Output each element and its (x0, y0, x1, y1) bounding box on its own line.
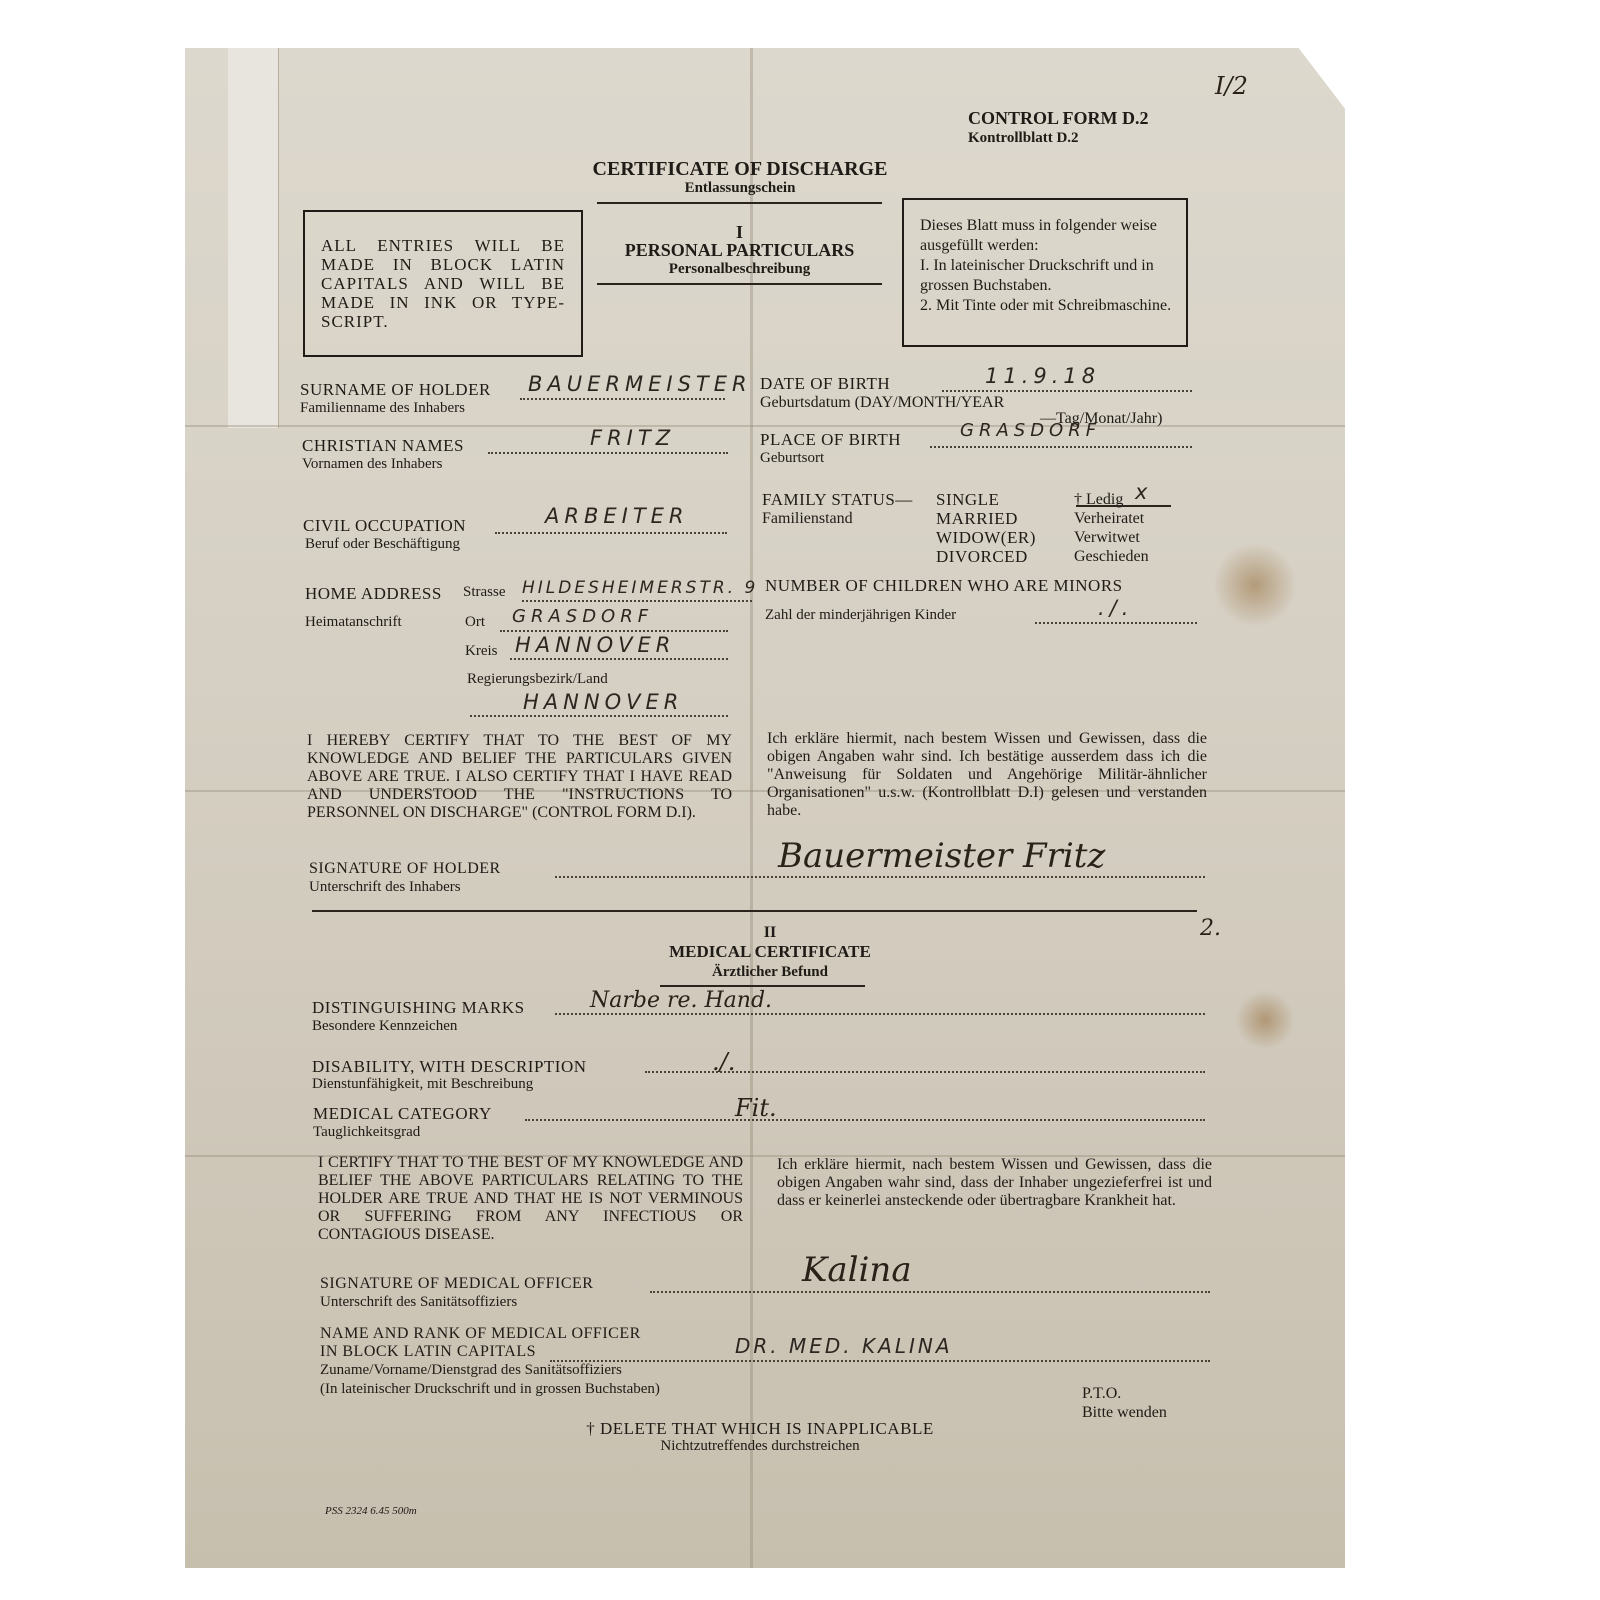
home-address-label: HOME ADDRESS (305, 584, 442, 604)
place-of-birth-label-de: Geburtsort (760, 450, 824, 467)
option-single[interactable]: SINGLE (936, 490, 1036, 509)
surname-label-de: Familienname des Inhabers (300, 400, 465, 417)
land-value[interactable]: HANNOVER (523, 690, 683, 714)
children-value[interactable]: ./. (1098, 596, 1133, 620)
section-2-title-de: Ärztlicher Befund (620, 964, 920, 981)
option-divorced[interactable]: DIVORCED (936, 547, 1036, 566)
land-line (470, 715, 728, 717)
certificate-title: CERTIFICATE OF DISCHARGE (580, 158, 900, 181)
medical-signature-label-de: Unterschrift des Sanitätsoffiziers (320, 1294, 517, 1311)
home-address-label-de: Heimatanschrift (305, 614, 402, 631)
christian-names-value[interactable]: FRITZ (590, 426, 675, 450)
paper-fold-flap (228, 48, 279, 428)
control-form-de: Kontrollblatt D.2 (968, 130, 1079, 147)
holder-signature-line (555, 876, 1205, 878)
surname-label: SURNAME OF HOLDER (300, 380, 491, 400)
strasse-line (522, 600, 752, 602)
christian-names-line (488, 452, 728, 454)
option-widower[interactable]: WIDOW(ER) (936, 528, 1036, 547)
date-of-birth-value[interactable]: 11.9.18 (985, 364, 1100, 388)
medical-category-value[interactable]: Fit. (735, 1094, 777, 1122)
control-form-en: CONTROL FORM D.2 (968, 108, 1149, 129)
christian-names-label: CHRISTIAN NAMES (302, 436, 464, 456)
distinguishing-marks-label-de: Besondere Kennzeichen (312, 1018, 457, 1035)
date-of-birth-label: DATE OF BIRTH (760, 374, 890, 394)
date-of-birth-line (942, 390, 1192, 392)
holder-signature: Bauermeister Fritz (778, 836, 1105, 876)
certificate-title-de: Entlassungschein (580, 180, 900, 197)
medical-name-label-de-2: (In lateinischer Druckschrift und in gro… (320, 1381, 660, 1398)
medical-name-label-de-1: Zuname/Vorname/Dienstgrad des Sanitätsof… (320, 1362, 622, 1379)
ort-label: Ort (465, 614, 485, 631)
strike-line (1076, 505, 1171, 507)
civil-occupation-label-de: Beruf oder Beschäftigung (305, 536, 460, 553)
medical-category-label: MEDICAL CATEGORY (313, 1104, 492, 1124)
distinguishing-marks-line (555, 1013, 1205, 1015)
medical-category-label-de: Tauglichkeitsgrad (313, 1124, 420, 1141)
children-label: NUMBER OF CHILDREN WHO ARE MINORS (765, 576, 1123, 596)
children-label-de: Zahl der minderjährigen Kinder (765, 607, 956, 624)
section-2-margin-note: 2. (1200, 916, 1221, 941)
print-code: PSS 2324 6.45 500m (325, 1505, 417, 1517)
family-status-label: FAMILY STATUS— (762, 490, 913, 510)
distinguishing-marks-value[interactable]: Narbe re. Hand. (590, 988, 772, 1013)
holder-signature-label: SIGNATURE OF HOLDER (309, 860, 501, 878)
ort-line (500, 630, 728, 632)
fold-crease (185, 425, 1345, 427)
stain (1235, 990, 1295, 1050)
surname-value[interactable]: BAUERMEISTER (528, 372, 752, 396)
disability-value[interactable]: ./. (712, 1048, 735, 1076)
medical-signature: Kalina (802, 1250, 912, 1290)
medical-category-line (525, 1119, 1205, 1121)
place-of-birth-label: PLACE OF BIRTH (760, 430, 901, 450)
medical-signature-label: SIGNATURE OF MEDICAL OFFICER (320, 1275, 593, 1293)
certify-holder-de: Ich erkläre hiermit, nach bestem Wissen … (767, 730, 1207, 820)
option-verwitwet[interactable]: Verwitwet (1074, 528, 1149, 547)
date-of-birth-label-de: Geburtsdatum (DAY/MONTH/YEAR (760, 394, 1004, 412)
section-1-title-de: Personalbeschreibung (597, 261, 882, 278)
family-status-options: SINGLE MARRIED WIDOW(ER) DIVORCED (936, 490, 1036, 566)
footer-note: † DELETE THAT WHICH IS INAPPLICABLE (560, 1419, 960, 1439)
strasse-label: Strasse (463, 584, 506, 601)
option-geschieden[interactable]: Geschieden (1074, 547, 1149, 566)
certify-holder-en: I HEREBY CERTIFY THAT TO THE BEST OF MY … (307, 732, 732, 822)
section-2-title: MEDICAL CERTIFICATE (620, 942, 920, 962)
kreis-value[interactable]: HANNOVER (515, 633, 675, 657)
instructions-intro-de: Dieses Blatt muss in folgender weise aus… (904, 200, 1186, 256)
civil-occupation-line (495, 532, 727, 534)
land-label: Regierungsbezirk/Land (467, 671, 608, 688)
certify-medical-en: I CERTIFY THAT TO THE BEST OF MY KNOWLED… (318, 1154, 743, 1244)
kreis-label: Kreis (465, 643, 498, 660)
holder-signature-label-de: Unterschrift des Inhabers (309, 879, 461, 896)
pto-label: P.T.O. (1082, 1385, 1121, 1403)
instructions-item-1: I. In lateinischer Druckschrift und in g… (904, 256, 1186, 296)
family-status-mark: x (1135, 480, 1152, 504)
children-line (1035, 622, 1197, 624)
medical-name-value[interactable]: DR. MED. KALINA (735, 1334, 953, 1358)
section-divider (312, 910, 1197, 912)
corner-annotation: I/2 (1215, 72, 1248, 100)
place-of-birth-value[interactable]: GRASDORF (960, 420, 1101, 441)
civil-occupation-value[interactable]: ARBEITER (545, 504, 689, 528)
medical-signature-line (650, 1291, 1210, 1293)
civil-occupation-label: CIVIL OCCUPATION (303, 516, 466, 536)
kreis-line (510, 658, 728, 660)
instructions-box-de: Dieses Blatt muss in folgender weise aus… (902, 198, 1188, 347)
option-married[interactable]: MARRIED (936, 509, 1036, 528)
disability-label: DISABILITY, WITH DESCRIPTION (312, 1057, 587, 1077)
option-verheiratet[interactable]: Verheiratet (1074, 509, 1149, 528)
section-2-rule (660, 985, 865, 987)
family-status-label-de: Familienstand (762, 510, 853, 528)
instructions-box-en: ALL ENTRIES WILL BE MADE IN BLOCK LATIN … (303, 210, 583, 357)
christian-names-label-de: Vornamen des Inhabers (302, 456, 443, 473)
stain (1215, 540, 1295, 630)
disability-label-de: Dienstunfähigkeit, mit Beschreibung (312, 1076, 533, 1093)
footer-note-de: Nichtzutreffendes durchstreichen (560, 1438, 960, 1455)
instructions-text-en: ALL ENTRIES WILL BE MADE IN BLOCK LATIN … (305, 212, 581, 331)
medical-name-line (550, 1360, 1210, 1362)
distinguishing-marks-label: DISTINGUISHING MARKS (312, 998, 525, 1018)
instructions-item-2: 2. Mit Tinte oder mit Schreibmaschine. (904, 296, 1186, 316)
title-rule (597, 202, 882, 204)
certify-medical-de: Ich erkläre hiermit, nach bestem Wissen … (777, 1156, 1212, 1210)
ort-value[interactable]: GRASDORF (512, 606, 653, 627)
section-2-number: II (620, 924, 920, 942)
strasse-value[interactable]: HILDESHEIMERSTR. 9 (522, 578, 758, 598)
section-1-rule (597, 283, 882, 285)
section-1-title: PERSONAL PARTICULARS (597, 240, 882, 261)
medical-name-label-2: IN BLOCK LATIN CAPITALS (320, 1343, 536, 1361)
pto-label-de: Bitte wenden (1082, 1404, 1167, 1422)
place-of-birth-line (930, 446, 1192, 448)
surname-line (520, 398, 725, 400)
medical-name-label-1: NAME AND RANK OF MEDICAL OFFICER (320, 1325, 641, 1343)
